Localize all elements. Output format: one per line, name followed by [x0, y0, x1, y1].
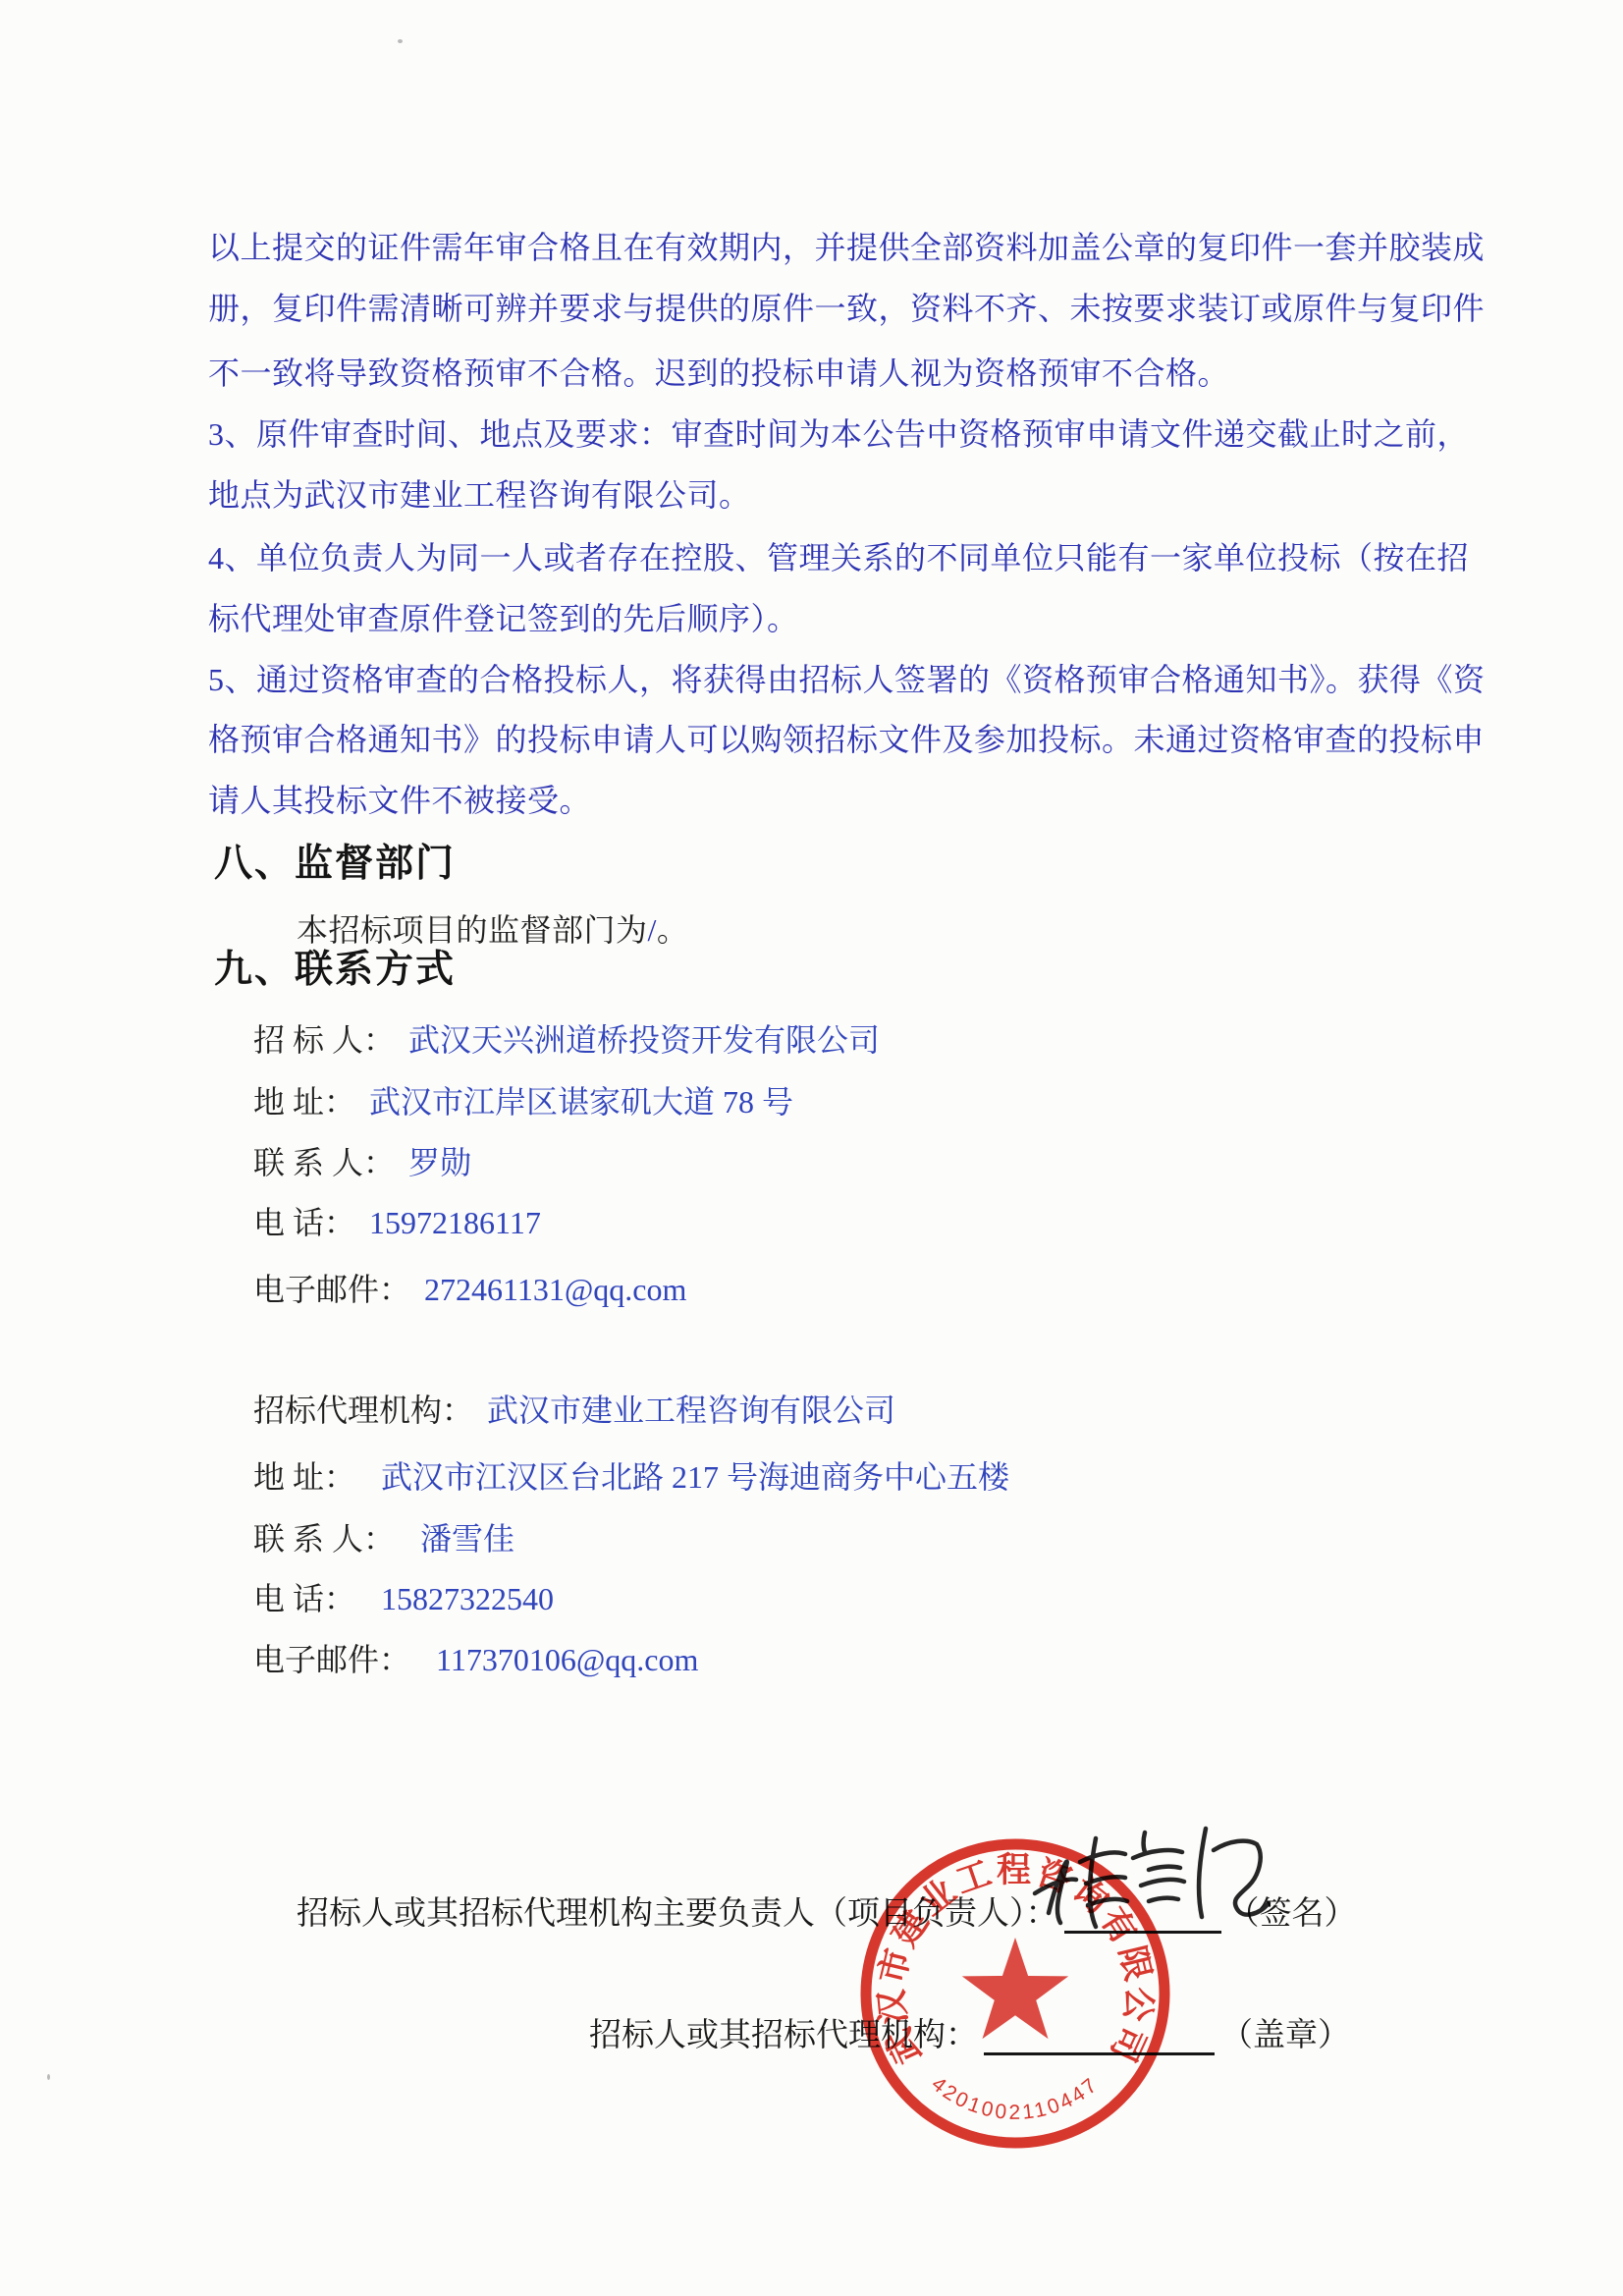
supervision-text: 本招标项目的监督部门为: [297, 912, 648, 948]
body-line: 册，复印件需清晰可辨并要求与提供的原件一致，资料不齐、未按要求装订或原件与复印件: [208, 287, 1485, 330]
agency-address-label: 地 址：: [253, 1459, 355, 1495]
supervision-period: 。: [657, 912, 689, 948]
body-line: 5、通过资格审查的合格投标人，将获得由招标人签署的《资格预审合格通知书》。获得《…: [208, 658, 1486, 701]
scanned-document-page: 以上提交的证件需年审合格且在有效期内，并提供全部资料加盖公章的复印件一套并胶装成…: [0, 0, 1623, 2296]
body-line: 地点为武汉市建业工程咨询有限公司。: [208, 473, 751, 517]
agency-email-label: 电子邮件：: [253, 1642, 410, 1677]
tenderer-email-value: 272461131@qq.com: [424, 1272, 686, 1307]
agency-address-value: 武汉市江汉区台北路 217 号海迪商务中心五楼: [381, 1459, 1009, 1495]
body-line: 以上提交的证件需年审合格且在有效期内，并提供全部资料加盖公章的复印件一套并胶装成: [208, 226, 1485, 269]
tenderer-phone-value: 15972186117: [369, 1205, 541, 1240]
agency-row: 招标代理机构：武汉市建业工程咨询有限公司: [253, 1389, 895, 1432]
section-heading-supervision: 八、监督部门: [214, 841, 456, 888]
agency-contact-value: 潘雪佳: [420, 1521, 514, 1557]
supervision-slash-value: /: [648, 912, 657, 948]
agency-row: 电 话：15827322540: [253, 1577, 554, 1620]
tenderer-name-value: 武汉天兴洲道桥投资开发有限公司: [408, 1022, 880, 1058]
tenderer-row: 招 标 人：武汉天兴洲道桥投资开发有限公司: [253, 1018, 880, 1062]
svg-text:4201002110447: 4201002110447: [927, 2073, 1103, 2124]
tenderer-address-value: 武汉市江岸区谌家矶大道 78 号: [369, 1084, 793, 1120]
tenderer-row: 地 址：武汉市江岸区谌家矶大道 78 号: [253, 1080, 793, 1123]
seal-number: 4201002110447: [927, 2073, 1103, 2124]
stamp-suffix: （盖章）: [1220, 2013, 1350, 2058]
tenderer-row: 电子邮件：272461131@qq.com: [253, 1268, 686, 1311]
handwritten-signature: [1011, 1815, 1296, 1952]
agency-contact-label: 联 系 人：: [253, 1521, 395, 1557]
agency-name-value: 武汉市建业工程咨询有限公司: [487, 1393, 895, 1428]
body-line: 4、单位负责人为同一人或者存在控股、管理关系的不同单位只能有一家单位投标（按在招: [208, 536, 1469, 579]
agency-row: 联 系 人：潘雪佳: [253, 1517, 514, 1560]
tenderer-name-label: 招 标 人：: [253, 1022, 395, 1058]
body-line: 请人其投标文件不被接受。: [208, 779, 591, 822]
supervision-body-line: 本招标项目的监督部门为/。: [297, 908, 688, 952]
tenderer-row: 联 系 人：罗勋: [253, 1141, 471, 1184]
agency-phone-label: 电 话：: [253, 1581, 355, 1616]
body-line: 不一致将导致资格预审不合格。迟到的投标申请人视为资格预审不合格。: [208, 352, 1229, 395]
section-heading-contact: 九、联系方式: [214, 947, 456, 994]
tenderer-contact-value: 罗勋: [408, 1145, 471, 1180]
tenderer-phone-label: 电 话：: [253, 1205, 355, 1240]
tenderer-address-label: 地 址：: [253, 1084, 355, 1120]
agency-phone-value: 15827322540: [381, 1581, 554, 1616]
body-line: 标代理处审查原件登记签到的先后顺序）。: [208, 597, 799, 640]
agency-email-value: 117370106@qq.com: [436, 1642, 698, 1677]
body-line: 3、原件审查时间、地点及要求：审查时间为本公告中资格预审申请文件递交截止时之前，: [208, 412, 1469, 456]
body-line: 格预审合格通知书》的投标申请人可以购领招标文件及参加投标。未通过资格审查的投标申: [208, 718, 1485, 761]
agency-row: 电子邮件：117370106@qq.com: [253, 1638, 698, 1681]
tenderer-contact-label: 联 系 人：: [253, 1145, 395, 1180]
scan-speck: [398, 39, 403, 43]
agency-name-label: 招标代理机构：: [253, 1393, 473, 1428]
seal-star-icon: [962, 1938, 1068, 2039]
tenderer-row: 电 话：15972186117: [253, 1201, 541, 1244]
tenderer-email-label: 电子邮件：: [253, 1272, 410, 1307]
scan-speck: [47, 2074, 50, 2080]
agency-row: 地 址：武汉市江汉区台北路 217 号海迪商务中心五楼: [253, 1455, 1009, 1499]
